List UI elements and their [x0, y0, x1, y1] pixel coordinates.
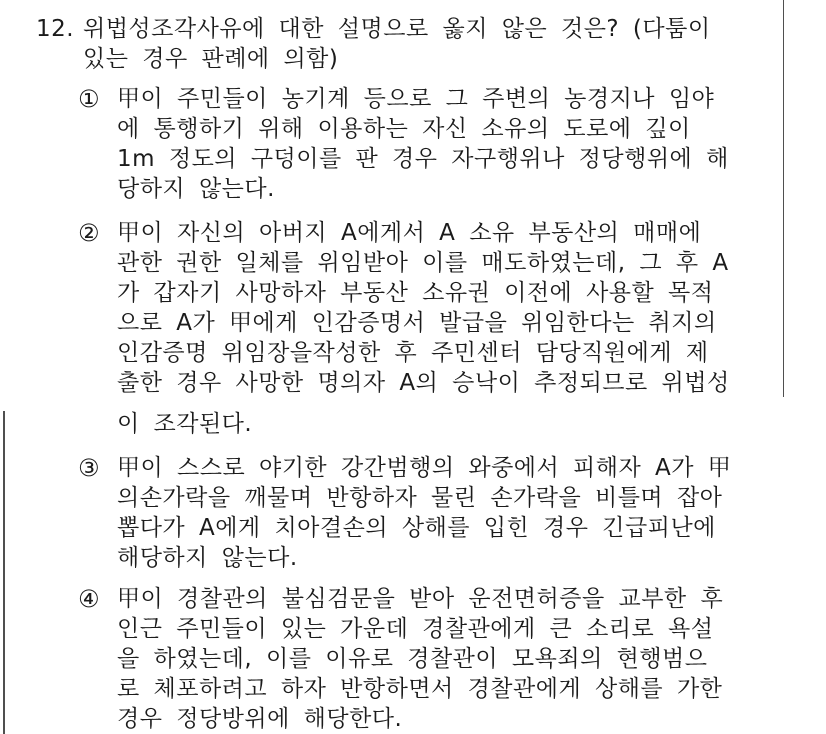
option-2-marker: ② — [78, 218, 117, 398]
option-3: ③ 甲이 스스로 야기한 강간범행의 와중에서 피해자 A가 甲 의손가락을 깨… — [78, 453, 731, 573]
option-2-continuation-line: 이 조각된다. — [117, 409, 252, 439]
option-line: 해당하지 않는다. — [117, 543, 731, 573]
option-4-marker: ④ — [78, 584, 117, 734]
column-divider-right — [783, 0, 784, 397]
option-line: 甲이 경찰관의 불심검문을 받아 운전면허증을 교부한 후 — [117, 584, 723, 614]
option-2-text: 甲이 자신의 아버지 A에게서 A 소유 부동산의 매매에 관한 권한 일체를 … — [117, 218, 730, 398]
option-line: 뽑다가 A에게 치아결손의 상해를 입힌 경우 긴급피난에 — [117, 513, 731, 543]
option-line: 의손가락을 깨물며 반항하자 물린 손가락을 비틀며 잡아 — [117, 483, 731, 513]
question-12: 12. 위법성조각사유에 대한 설명으로 옳지 않은 것은? (다툼이 있는 경… — [36, 14, 711, 74]
question-text-line: 위법성조각사유에 대한 설명으로 옳지 않은 것은? (다툼이 — [83, 14, 711, 44]
option-line: 으로 A가 甲에게 인감증명서 발급을 위임한다는 취지의 — [117, 308, 730, 338]
option-line: 관한 권한 일체를 위임받아 이를 매도하였는데, 그 후 A — [117, 248, 730, 278]
option-line: 당하지 않는다. — [117, 174, 729, 204]
column-divider-left — [3, 411, 5, 734]
option-line: 甲이 스스로 야기한 강간범행의 와중에서 피해자 A가 甲 — [117, 453, 731, 483]
option-1: ① 甲이 주민들이 농기계 등으로 그 주변의 농경지나 임야 에 통행하기 위… — [78, 84, 729, 204]
option-1-text: 甲이 주민들이 농기계 등으로 그 주변의 농경지나 임야 에 통행하기 위해 … — [117, 84, 729, 204]
question-text: 위법성조각사유에 대한 설명으로 옳지 않은 것은? (다툼이 있는 경우 판례… — [83, 14, 711, 74]
option-line: 인감증명 위임장을작성한 후 주민센터 담당직원에게 제 — [117, 338, 730, 368]
option-line: 인근 주민들이 있는 가운데 경찰관에게 큰 소리로 욕설 — [117, 614, 723, 644]
question-text-line: 있는 경우 판례에 의함) — [83, 44, 711, 74]
option-3-marker: ③ — [78, 453, 117, 573]
exam-page: 12. 위법성조각사유에 대한 설명으로 옳지 않은 것은? (다툼이 있는 경… — [0, 0, 826, 734]
option-line: 가 갑자기 사망하자 부동산 소유권 이전에 사용할 목적 — [117, 278, 730, 308]
option-2: ② 甲이 자신의 아버지 A에게서 A 소유 부동산의 매매에 관한 권한 일체… — [78, 218, 730, 398]
option-line: 甲이 자신의 아버지 A에게서 A 소유 부동산의 매매에 — [117, 218, 730, 248]
option-line: 경우 정당방위에 해당한다. — [117, 704, 723, 734]
option-line: 을 하였는데, 이를 이유로 경찰관이 모욕죄의 현행범으 — [117, 644, 723, 674]
option-4-text: 甲이 경찰관의 불심검문을 받아 운전면허증을 교부한 후 인근 주민들이 있는… — [117, 584, 723, 734]
option-3-text: 甲이 스스로 야기한 강간범행의 와중에서 피해자 A가 甲 의손가락을 깨물며… — [117, 453, 731, 573]
option-line: 로 체포하려고 하자 반항하면서 경찰관에게 상해를 가한 — [117, 674, 723, 704]
option-1-marker: ① — [78, 84, 117, 204]
option-4: ④ 甲이 경찰관의 불심검문을 받아 운전면허증을 교부한 후 인근 주민들이 … — [78, 584, 723, 734]
option-line: 출한 경우 사망한 명의자 A의 승낙이 추정되므로 위법성 — [117, 368, 730, 398]
option-line: 1m 정도의 구덩이를 판 경우 자구행위나 정당행위에 해 — [117, 144, 729, 174]
option-line: 에 통행하기 위해 이용하는 자신 소유의 도로에 깊이 — [117, 114, 729, 144]
question-number: 12. — [36, 14, 83, 74]
option-line: 甲이 주민들이 농기계 등으로 그 주변의 농경지나 임야 — [117, 84, 729, 114]
